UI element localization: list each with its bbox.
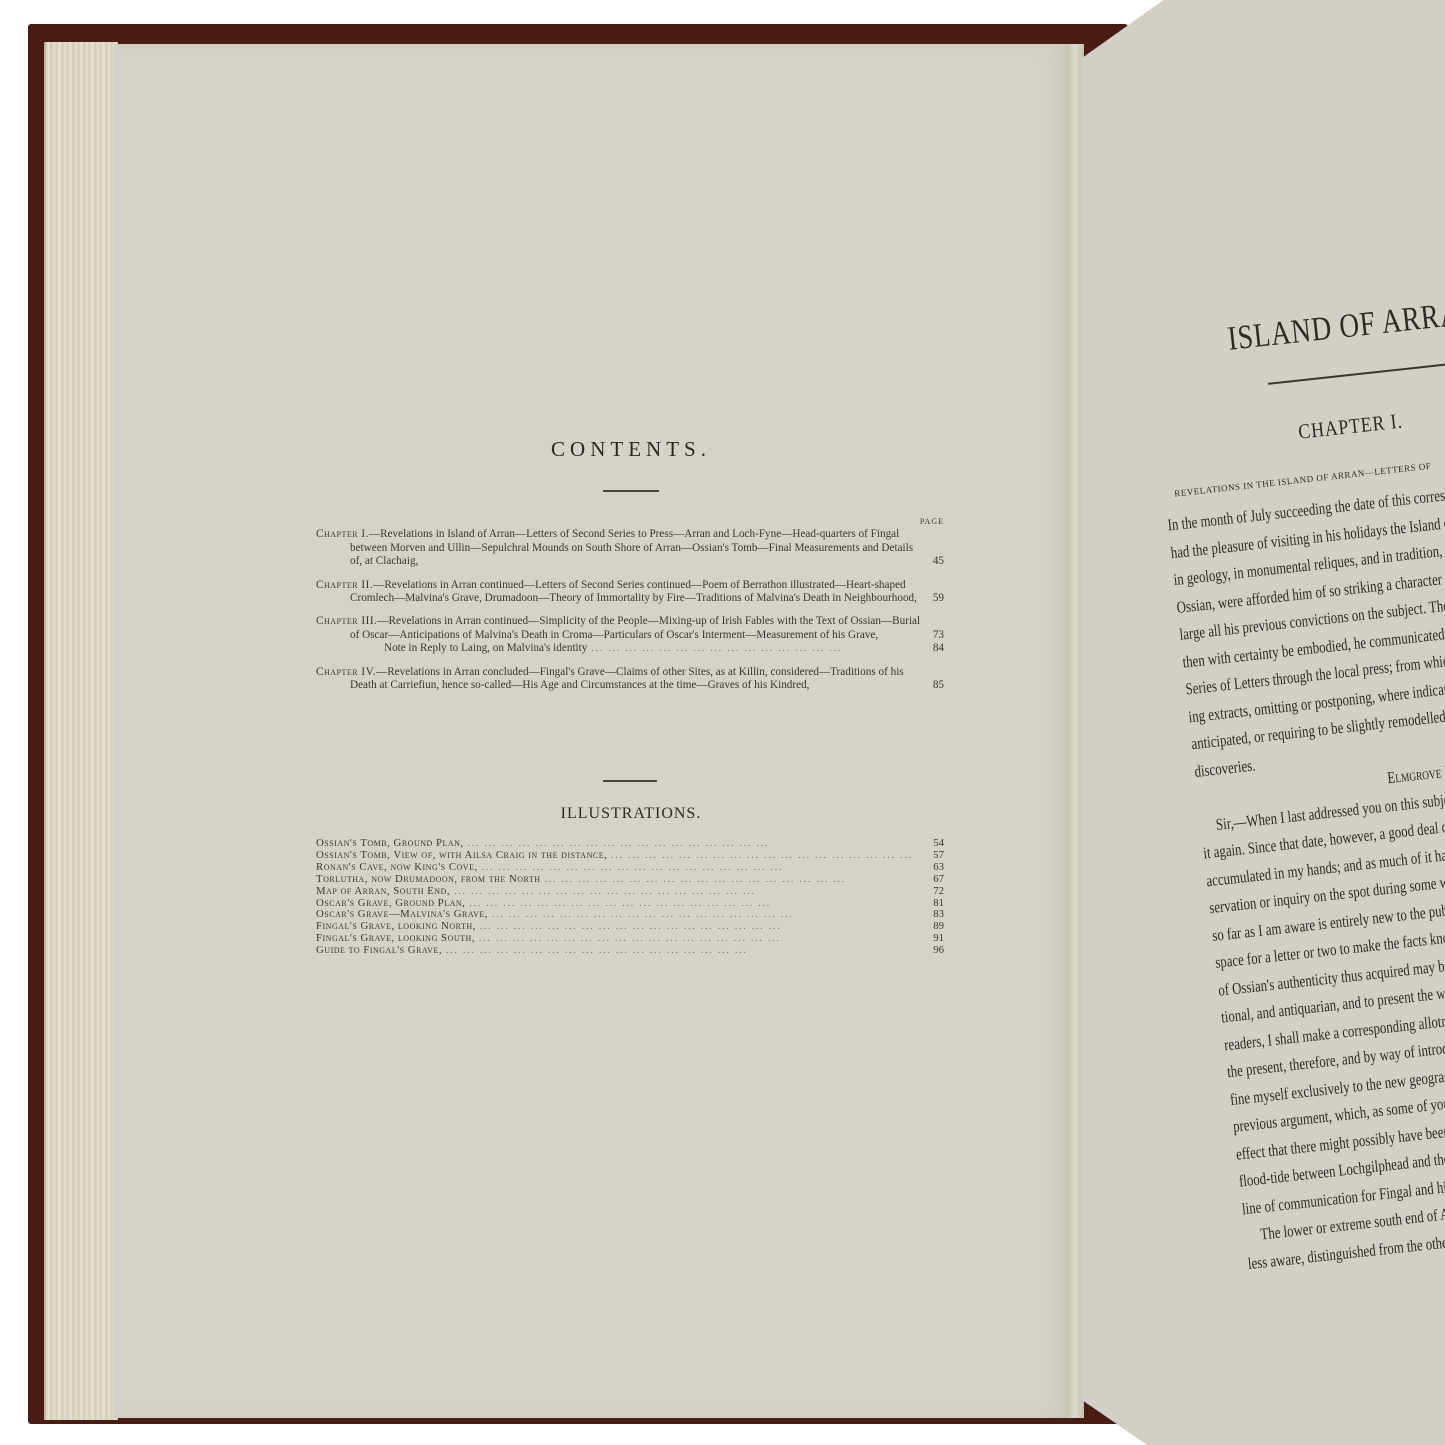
chapter-entry: Chapter I.—Revelations in Island of Arra… xyxy=(316,528,944,568)
dot-leader: ... ... ... ... ... ... ... ... ... ... … xyxy=(465,898,922,910)
chapter-label: Chapter III. xyxy=(316,615,377,627)
dot-leader: ... ... ... ... ... ... ... ... ... ... … xyxy=(475,933,922,945)
chapter-description: —Revelations in Island of Arran—Letters … xyxy=(350,528,913,567)
page-edges xyxy=(44,42,118,1420)
sub-entry-page: 84 xyxy=(922,642,944,655)
chapter-label: Chapter IV. xyxy=(316,666,376,678)
chapter-page: 73 xyxy=(922,629,944,642)
left-page xyxy=(114,44,1072,1418)
illustration-page: 96 xyxy=(922,945,944,957)
chapter-opening: ISLAND OF ARRAN CHAPTER I. REVELATIONS I… xyxy=(1140,225,1445,1277)
illustrations-title: ILLUSTRATIONS. xyxy=(0,805,1262,823)
page-column-header: PAGE xyxy=(316,515,944,528)
illustration-entry: Map of Arran, South End,... ... ... ... … xyxy=(316,886,944,898)
chapter-page: 59 xyxy=(922,592,944,605)
dot-leader: ... ... ... ... ... ... ... ... ... ... … xyxy=(478,862,922,874)
chapter-sub-entry: Note in Reply to Laing, on Malvina's ide… xyxy=(316,642,944,655)
illustrations-list: Ossian's Tomb, Ground Plan,... ... ... .… xyxy=(316,838,944,957)
title-rule xyxy=(1268,361,1445,385)
illustration-title: Map of Arran, South End, xyxy=(316,886,450,898)
chapter-entry: Chapter II.—Revelations in Arran continu… xyxy=(316,579,944,606)
illustration-title: Torlutha, now Drumadoon, from the North xyxy=(316,874,541,886)
chapter-heading: CHAPTER I. xyxy=(1297,394,1445,445)
contents-list: PAGE Chapter I.—Revelations in Island of… xyxy=(316,515,944,702)
dot-leader: ... ... ... ... ... ... ... ... ... ... … xyxy=(450,886,922,898)
chapter-entry: Chapter III.—Revelations in Arran contin… xyxy=(316,615,944,655)
chapter-description: —Revelations in Arran continued—Simplici… xyxy=(350,615,920,640)
body-text: In the month of July succeeding the date… xyxy=(1166,476,1445,1277)
sub-entry-text: Note in Reply to Laing, on Malvina's ide… xyxy=(350,642,587,655)
chapter-description: —Revelations in Arran concluded—Fingal's… xyxy=(350,666,904,691)
illustration-page: 67 xyxy=(922,874,944,886)
dot-leader: ... ... ... ... ... ... ... ... ... ... … xyxy=(488,909,922,921)
dot-leader: ... ... ... ... ... ... ... ... ... ... … xyxy=(442,945,922,957)
dot-leader: ... ... ... ... ... ... ... ... ... ... … xyxy=(607,850,922,862)
chapter-page: 45 xyxy=(922,555,944,568)
illustration-title: Guide to Fingal's Grave, xyxy=(316,945,442,957)
illustration-entry: Guide to Fingal's Grave,... ... ... ... … xyxy=(316,945,944,957)
chapter-label: Chapter II. xyxy=(316,579,373,591)
chapter-description: —Revelations in Arran continued—Letters … xyxy=(350,579,917,604)
illustration-title: Ronan's Cave, now King's Cove, xyxy=(316,862,478,874)
book-title: ISLAND OF ARRAN xyxy=(1226,292,1445,359)
illustration-page: 63 xyxy=(922,862,944,874)
illustration-entry: Torlutha, now Drumadoon, from the North.… xyxy=(316,874,944,886)
dot-leader: ... ... ... ... ... ... ... ... ... ... … xyxy=(587,642,922,655)
contents-title: CONTENTS. xyxy=(0,437,1262,462)
title-rule xyxy=(603,490,659,492)
illustration-page: 72 xyxy=(922,886,944,898)
chapter-entry: Chapter IV.—Revelations in Arran conclud… xyxy=(316,666,944,693)
dot-leader: ... ... ... ... ... ... ... ... ... ... … xyxy=(476,921,922,933)
dot-leader: ... ... ... ... ... ... ... ... ... ... … xyxy=(541,874,922,886)
chapter-page: 85 xyxy=(922,679,944,692)
illustration-entry: Ronan's Cave, now King's Cove,... ... ..… xyxy=(316,862,944,874)
right-page-content-clip: ISLAND OF ARRAN CHAPTER I. REVELATIONS I… xyxy=(1082,0,1445,1445)
section-rule xyxy=(603,780,657,782)
chapter-label: Chapter I. xyxy=(316,528,369,540)
